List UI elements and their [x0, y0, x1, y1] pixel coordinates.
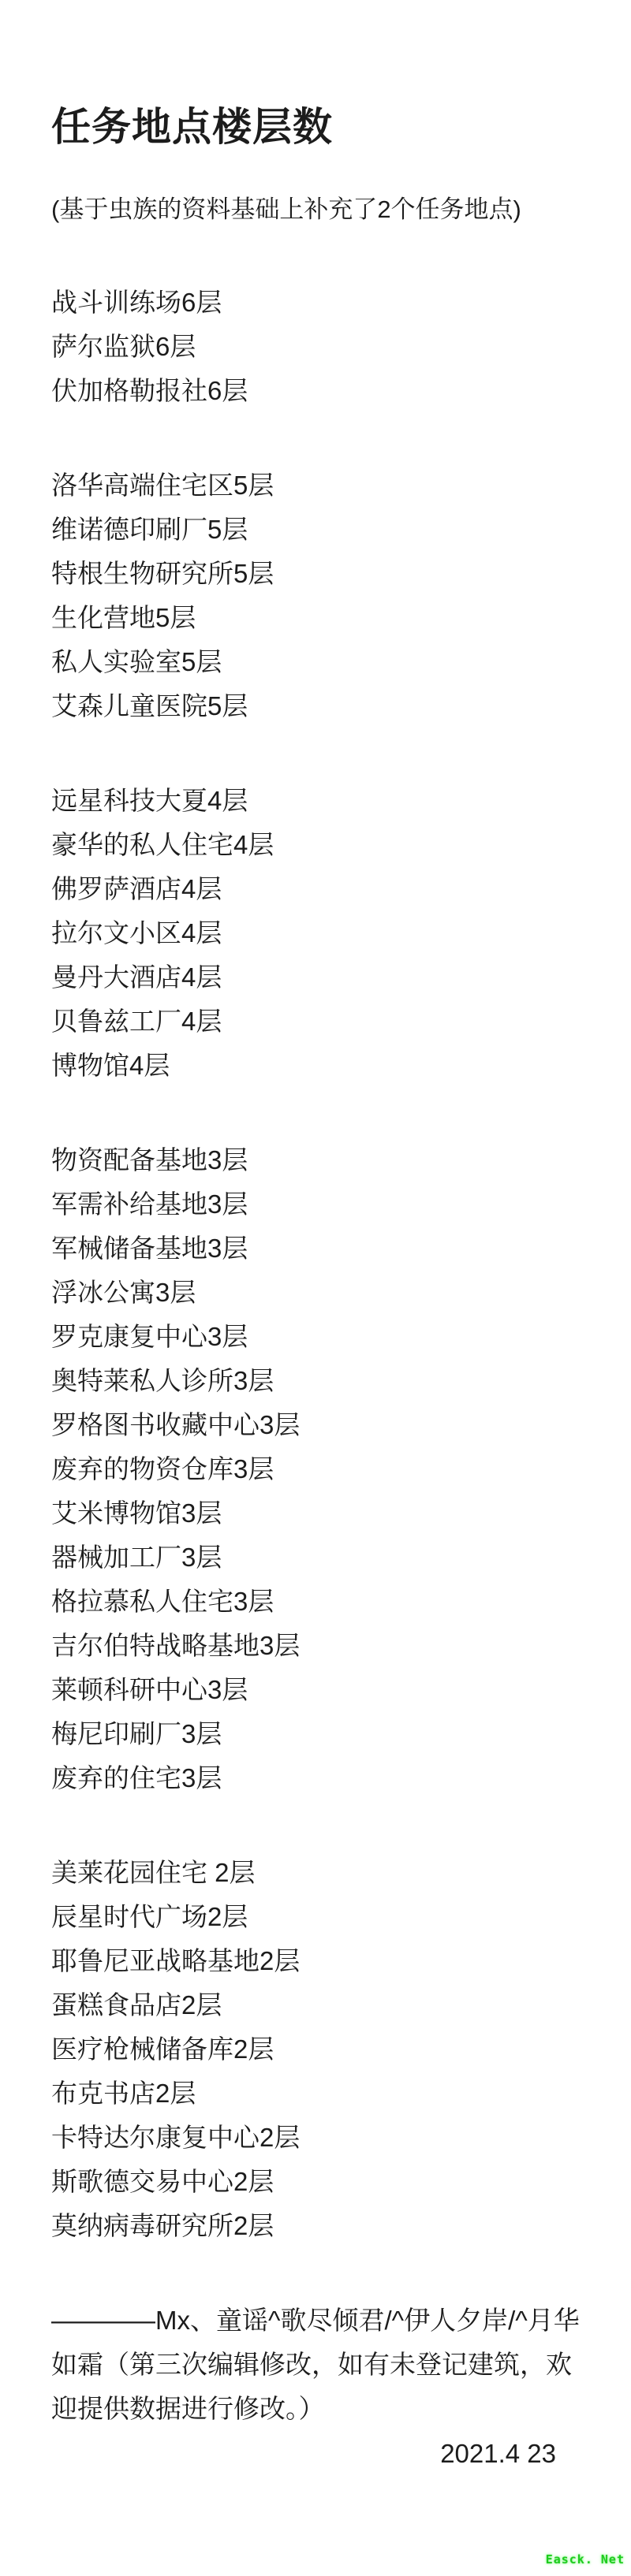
signature-line: ————Mx、童谣^歌尽倾君/^伊人夕岸/^月华	[51, 2299, 580, 2343]
location-line: 伏加格勒报社6层	[51, 369, 580, 413]
location-line: 罗克康复中心3层	[51, 1315, 580, 1359]
floor-section-3: 远星科技大夏4层豪华的私人住宅4层佛罗萨酒店4层拉尔文小区4层曼丹大酒店4层贝鲁…	[51, 779, 580, 1088]
location-line: 萨尔监狱6层	[51, 325, 580, 369]
location-line: 浮冰公寓3层	[51, 1271, 580, 1315]
location-line: 军械储备基地3层	[51, 1227, 580, 1271]
document-content: 任务地点楼层数 (基于虫族的资料基础上补充了2个任务地点) 战斗训练场6层萨尔监…	[0, 0, 631, 2474]
location-line: 物资配备基地3层	[51, 1138, 580, 1182]
location-line: 私人实验室5层	[51, 640, 580, 684]
floor-section-1: 战斗训练场6层萨尔监狱6层伏加格勒报社6层	[51, 281, 580, 413]
location-line: 军需补给基地3层	[51, 1182, 580, 1227]
location-line: 器械加工厂3层	[51, 1536, 580, 1580]
floor-section-4: 物资配备基地3层军需补给基地3层军械储备基地3层浮冰公寓3层罗克康复中心3层奥特…	[51, 1138, 580, 1800]
location-line: 莫纳病毒研究所2层	[51, 2204, 580, 2248]
document-page: 任务地点楼层数 (基于虫族的资料基础上补充了2个任务地点) 战斗训练场6层萨尔监…	[0, 0, 631, 2576]
date-line: 2021.4 23	[51, 2434, 580, 2474]
page-subtitle: (基于虫族的资料基础上补充了2个任务地点)	[51, 192, 580, 227]
location-line: 布克书店2层	[51, 2072, 580, 2116]
location-line: 艾米博物馆3层	[51, 1491, 580, 1536]
location-line: 洛华高端住宅区5层	[51, 463, 580, 508]
location-line: 罗格图书收藏中心3层	[51, 1403, 580, 1447]
location-line: 远星科技大夏4层	[51, 779, 580, 823]
location-line: 医疗枪械储备库2层	[51, 2027, 580, 2072]
location-line: 奥特莱私人诊所3层	[51, 1359, 580, 1403]
location-line: 豪华的私人住宅4层	[51, 823, 580, 867]
location-line: 辰星时代广场2层	[51, 1895, 580, 1939]
signature-line: 如霜（第三次编辑修改，如有未登记建筑，欢	[51, 2343, 580, 2387]
location-line: 废弃的住宅3层	[51, 1756, 580, 1800]
location-line: 战斗训练场6层	[51, 281, 580, 325]
floor-section-5: 美莱花园住宅 2层辰星时代广场2层耶鲁尼亚战略基地2层蛋糕食品店2层医疗枪械储备…	[51, 1851, 580, 2248]
page-title: 任务地点楼层数	[51, 0, 580, 151]
watermark-easck: Easck. Net	[546, 2552, 625, 2567]
location-line: 美莱花园住宅 2层	[51, 1851, 580, 1895]
signature-line: 迎提供数据进行修改。）	[51, 2387, 580, 2431]
location-line: 佛罗萨酒店4层	[51, 867, 580, 911]
location-line: 生化营地5层	[51, 596, 580, 640]
location-line: 梅尼印刷厂3层	[51, 1712, 580, 1756]
location-line: 吉尔伯特战略基地3层	[51, 1624, 580, 1668]
location-line: 耶鲁尼亚战略基地2层	[51, 1939, 580, 1983]
location-line: 曼丹大酒店4层	[51, 955, 580, 1000]
location-line: 博物馆4层	[51, 1044, 580, 1088]
signature-paragraph: ————Mx、童谣^歌尽倾君/^伊人夕岸/^月华如霜（第三次编辑修改，如有未登记…	[51, 2299, 580, 2431]
location-line: 贝鲁兹工厂4层	[51, 1000, 580, 1044]
floor-section-2: 洛华高端住宅区5层维诺德印刷厂5层特根生物研究所5层生化营地5层私人实验室5层艾…	[51, 463, 580, 728]
location-line: 特根生物研究所5层	[51, 552, 580, 596]
location-line: 蛋糕食品店2层	[51, 1983, 580, 2027]
location-line: 斯歌德交易中心2层	[51, 2160, 580, 2204]
location-line: 卡特达尔康复中心2层	[51, 2116, 580, 2160]
location-line: 格拉慕私人住宅3层	[51, 1580, 580, 1624]
location-line: 拉尔文小区4层	[51, 911, 580, 955]
location-line: 艾森儿童医院5层	[51, 684, 580, 728]
location-line: 莱顿科研中心3层	[51, 1668, 580, 1712]
location-line: 维诺德印刷厂5层	[51, 508, 580, 552]
location-line: 废弃的物资仓库3层	[51, 1447, 580, 1491]
location-list: 战斗训练场6层萨尔监狱6层伏加格勒报社6层洛华高端住宅区5层维诺德印刷厂5层特根…	[51, 281, 580, 2248]
